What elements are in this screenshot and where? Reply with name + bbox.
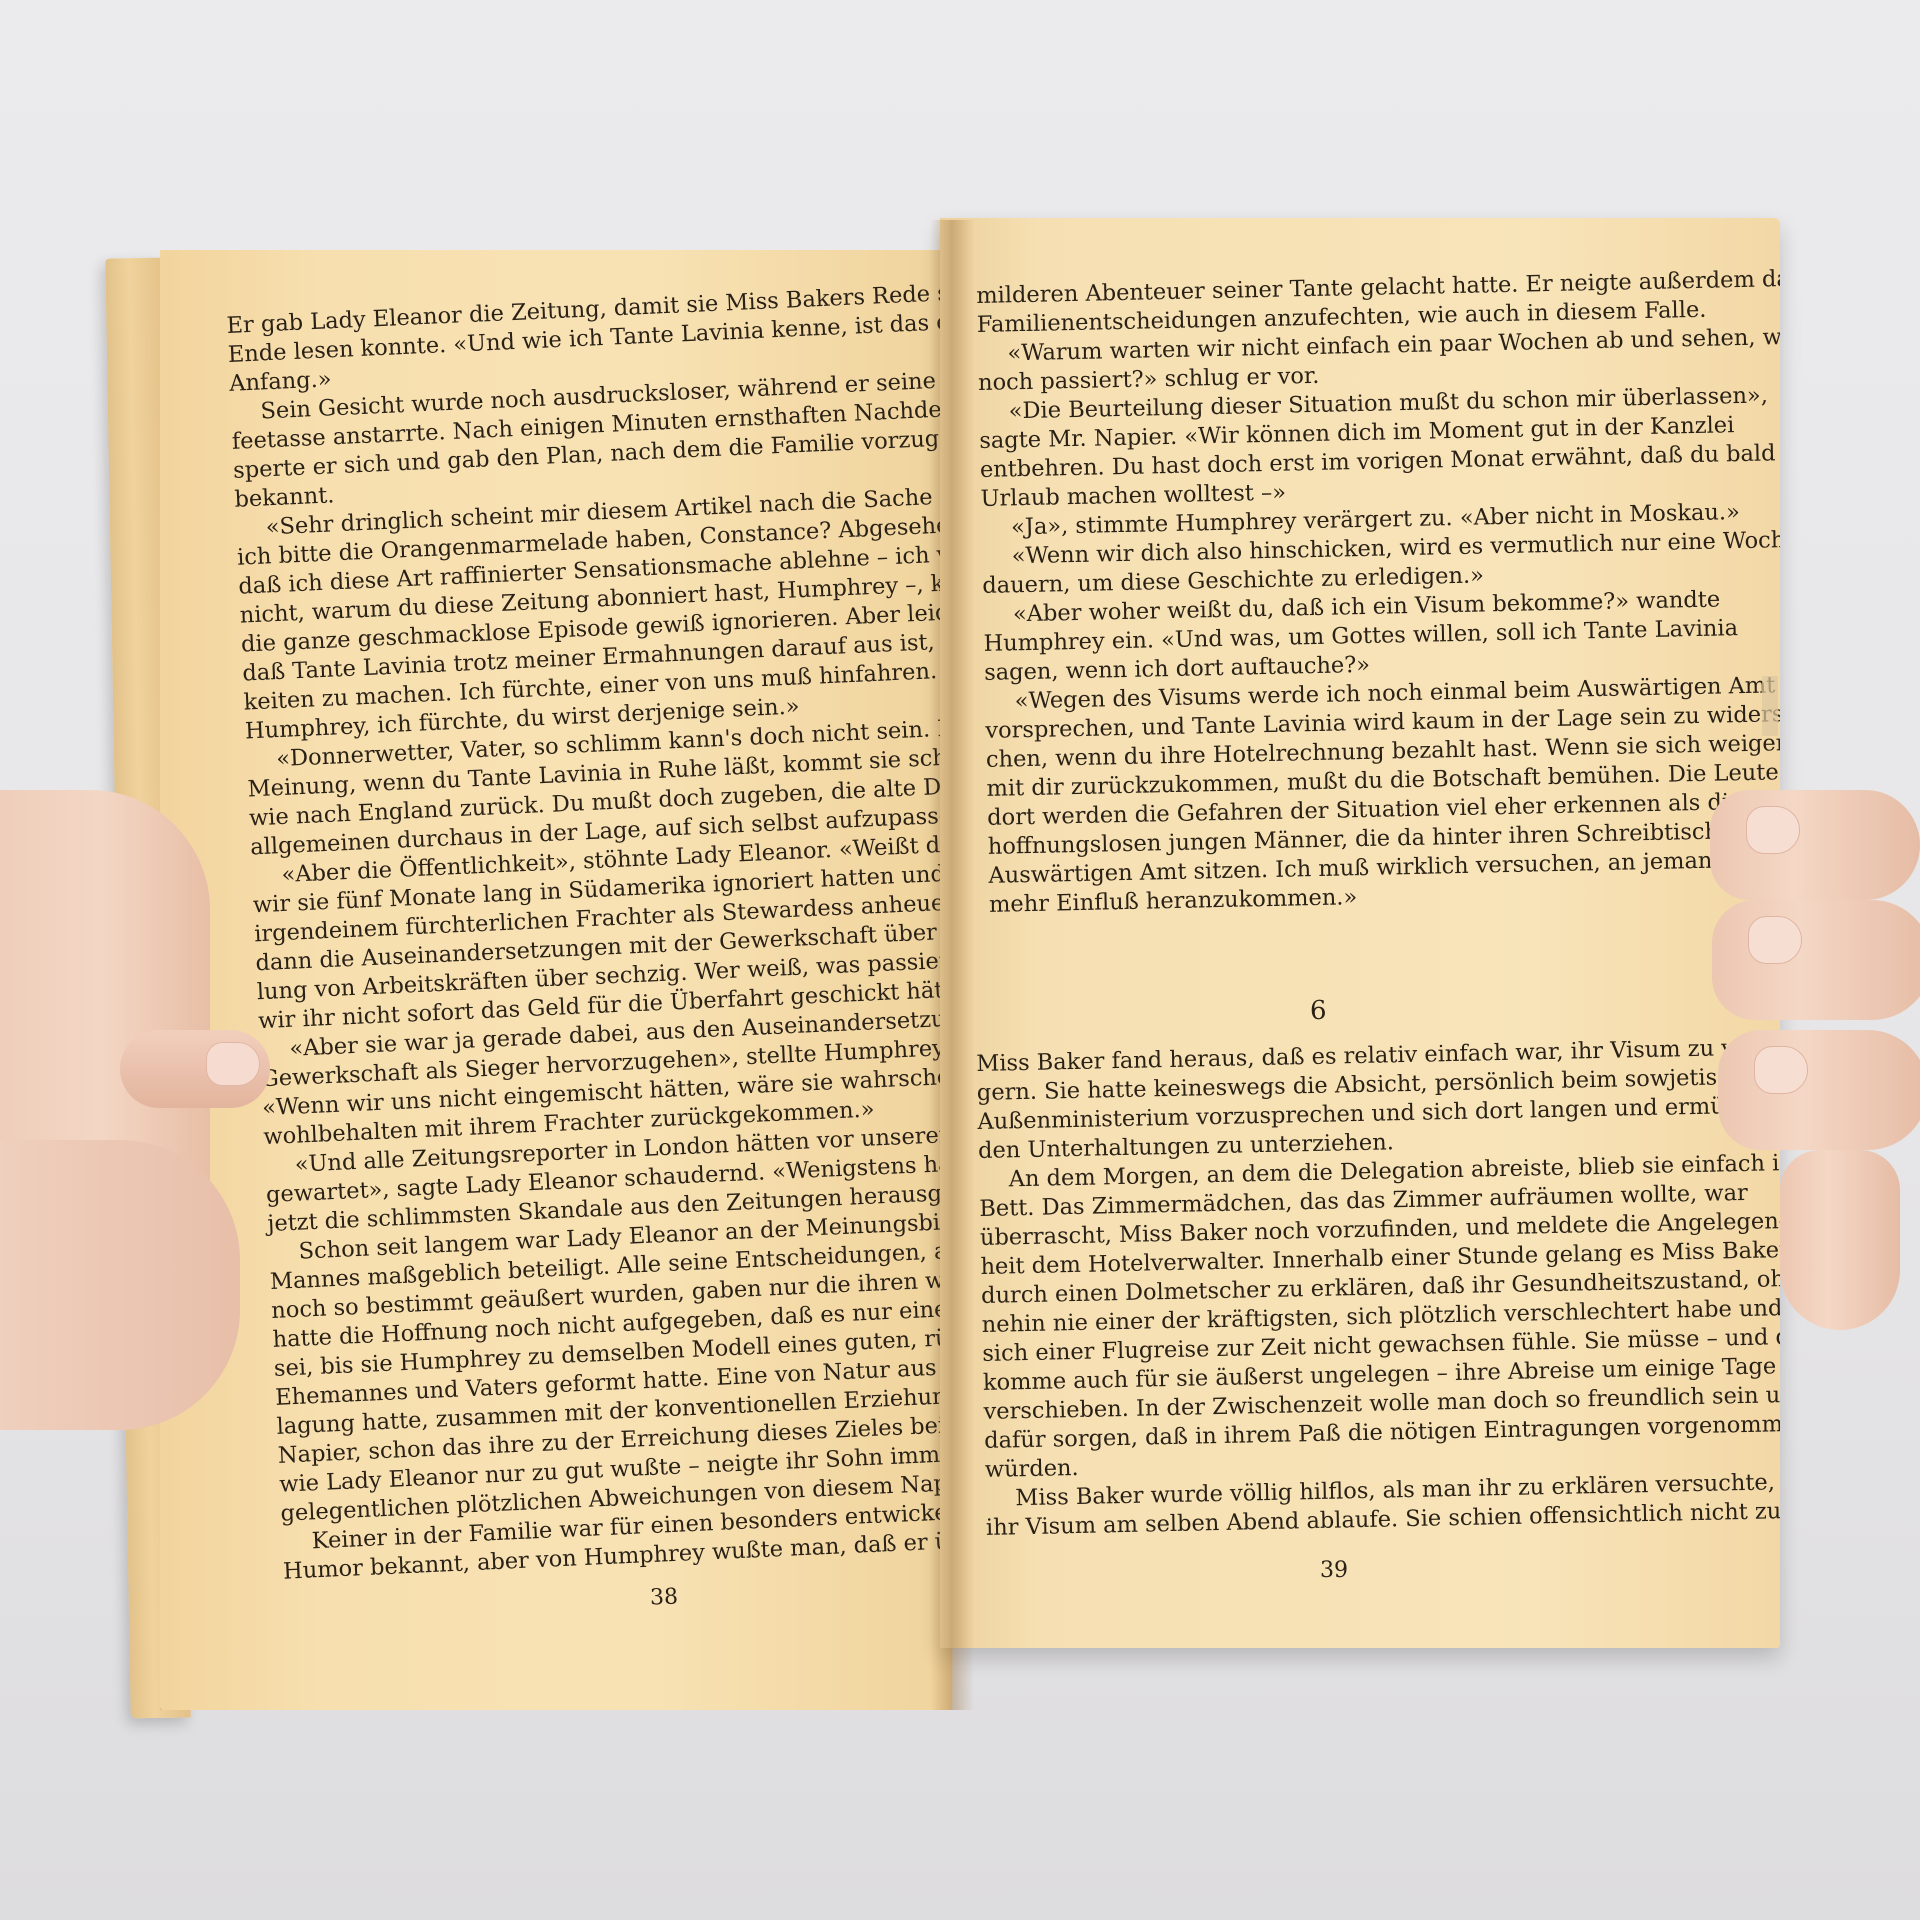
left-thumb — [120, 1030, 270, 1108]
right-page-chapter-text: Miss Baker fand heraus, daß es relativ e… — [976, 1035, 1704, 1543]
left-page: Er gab Lady Eleanor die Zeitung, damit s… — [160, 250, 960, 1710]
right-page: milderen Abenteuer seiner Tante gelacht … — [940, 218, 1780, 1648]
right-page-number: 39 — [1320, 1558, 1348, 1583]
right-hand-finger-4 — [1780, 1150, 1900, 1330]
fingernail — [1746, 806, 1800, 854]
fingernail — [1754, 1046, 1808, 1094]
left-hand-fingers — [0, 1140, 240, 1430]
right-page-text-before-chapter: milderen Abenteuer seiner Tante gelacht … — [976, 267, 1707, 920]
left-page-text: Er gab Lady Eleanor die Zeitung, damit s… — [226, 281, 960, 1587]
right-hand-finger-3 — [1718, 1030, 1920, 1150]
price-sticker-residue — [1762, 676, 1778, 736]
right-hand-finger-2 — [1712, 900, 1920, 1020]
thumbnail-left — [206, 1042, 260, 1086]
book-spine-gutter — [930, 220, 974, 1710]
left-page-number: 38 — [650, 1585, 679, 1611]
chapter-number: 6 — [1310, 996, 1327, 1026]
fingernail — [1748, 916, 1802, 964]
photo-scene: Er gab Lady Eleanor die Zeitung, damit s… — [0, 0, 1920, 1920]
right-hand-finger-1 — [1710, 790, 1920, 900]
